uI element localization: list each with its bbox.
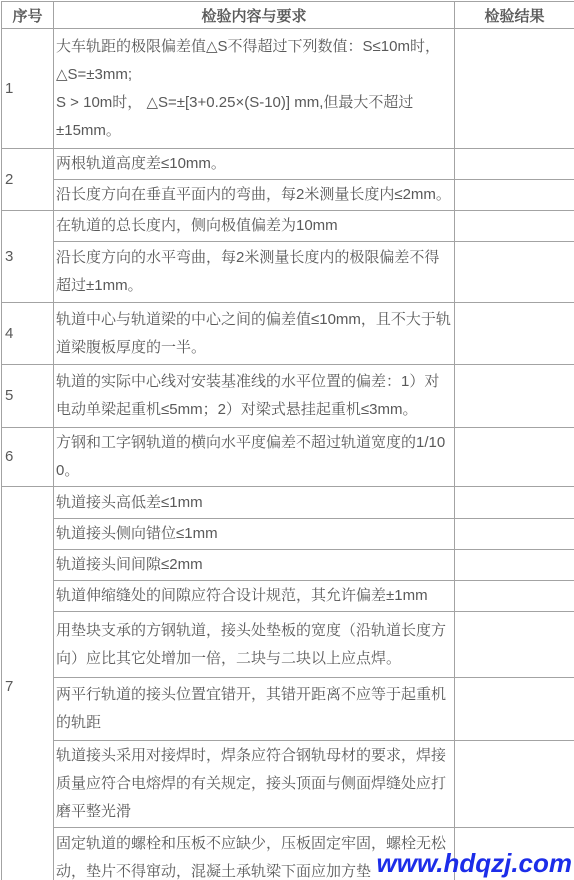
row-serial-number: 1	[2, 29, 54, 149]
requirement-text: 沿长度方向的水平弯曲，每2米测量长度内的极限偏差不得超过±1mm。	[54, 242, 455, 303]
table-row: 4轨道中心与轨道梁的中心之间的偏差值≤10mm，且不大于轨道梁腹板厚度的一半。	[2, 303, 574, 365]
result-cell	[455, 581, 574, 612]
table-row: 1大车轨距的极限偏差值△S不得超过下列数值：S≤10m时， △S=±3mm; S…	[2, 29, 574, 149]
row-serial-number: 5	[2, 365, 54, 428]
result-cell	[455, 612, 574, 678]
table-row: 3在轨道的总长度内，侧向极值偏差为10mm	[2, 211, 574, 242]
result-cell	[455, 678, 574, 741]
row-serial-number: 7	[2, 487, 54, 880]
table-row: 7轨道接头高低差≤1mm	[2, 487, 574, 519]
row-serial-number: 3	[2, 211, 54, 303]
result-cell	[455, 519, 574, 550]
table-row: 6方钢和工字钢轨道的横向水平度偏差不超过轨道宽度的1/100。	[2, 428, 574, 487]
table-row: 沿长度方向的水平弯曲，每2米测量长度内的极限偏差不得超过±1mm。	[2, 242, 574, 303]
table-row: 轨道接头间间隙≤2mm	[2, 550, 574, 581]
result-cell	[455, 428, 574, 487]
result-cell	[455, 149, 574, 180]
table-header: 序号 检验内容与要求 检验结果	[2, 2, 574, 29]
result-cell	[455, 550, 574, 581]
requirement-text: 沿长度方向在垂直平面内的弯曲，每2米测量长度内≤2mm。	[54, 180, 455, 211]
requirement-text: 用垫块支承的方钢轨道，接头处垫板的宽度（沿轨道长度方向）应比其它处增加一倍，二块…	[54, 612, 455, 678]
table-row: 轨道接头采用对接焊时，焊条应符合钢轨母材的要求，焊接质量应符合电熔焊的有关规定，…	[2, 741, 574, 828]
requirement-text: 轨道中心与轨道梁的中心之间的偏差值≤10mm，且不大于轨道梁腹板厚度的一半。	[54, 303, 455, 365]
result-cell	[455, 365, 574, 428]
watermark-link[interactable]: www.hdqzj.com	[377, 848, 572, 879]
result-cell	[455, 741, 574, 828]
inspection-table: 序号 检验内容与要求 检验结果 1大车轨距的极限偏差值△S不得超过下列数值：S≤…	[1, 1, 574, 880]
requirement-text: 大车轨距的极限偏差值△S不得超过下列数值：S≤10m时， △S=±3mm; S …	[54, 29, 455, 149]
result-cell	[455, 487, 574, 519]
requirement-text: 轨道的实际中心线对安装基准线的水平位置的偏差：1）对电动单梁起重机≤5mm；2）…	[54, 365, 455, 428]
requirement-text: 两平行轨道的接头位置宜错开，其错开距离不应等于起重机的轨距	[54, 678, 455, 741]
result-cell	[455, 29, 574, 149]
requirement-text: 两根轨道高度差≤10mm。	[54, 149, 455, 180]
result-cell	[455, 242, 574, 303]
header-row: 序号 检验内容与要求 检验结果	[2, 2, 574, 29]
row-serial-number: 2	[2, 149, 54, 211]
table-row: 2两根轨道高度差≤10mm。	[2, 149, 574, 180]
table-row: 沿长度方向在垂直平面内的弯曲，每2米测量长度内≤2mm。	[2, 180, 574, 211]
requirement-text: 轨道接头采用对接焊时，焊条应符合钢轨母材的要求，焊接质量应符合电熔焊的有关规定，…	[54, 741, 455, 828]
requirement-text: 轨道接头高低差≤1mm	[54, 487, 455, 519]
table-row: 轨道伸缩缝处的间隙应符合设计规范，其允许偏差±1mm	[2, 581, 574, 612]
requirement-text: 轨道接头间间隙≤2mm	[54, 550, 455, 581]
result-cell	[455, 211, 574, 242]
header-inspection-result: 检验结果	[455, 2, 574, 29]
requirement-text: 轨道接头侧向错位≤1mm	[54, 519, 455, 550]
requirement-text: 轨道伸缩缝处的间隙应符合设计规范，其允许偏差±1mm	[54, 581, 455, 612]
table-row: 5轨道的实际中心线对安装基准线的水平位置的偏差：1）对电动单梁起重机≤5mm；2…	[2, 365, 574, 428]
result-cell	[455, 303, 574, 365]
requirement-text: 方钢和工字钢轨道的横向水平度偏差不超过轨道宽度的1/100。	[54, 428, 455, 487]
table-row: 轨道接头侧向错位≤1mm	[2, 519, 574, 550]
result-cell	[455, 180, 574, 211]
table-row: 两平行轨道的接头位置宜错开，其错开距离不应等于起重机的轨距	[2, 678, 574, 741]
requirement-text: 在轨道的总长度内，侧向极值偏差为10mm	[54, 211, 455, 242]
header-inspection-content: 检验内容与要求	[54, 2, 455, 29]
inspection-table-body: 1大车轨距的极限偏差值△S不得超过下列数值：S≤10m时， △S=±3mm; S…	[2, 29, 574, 880]
inspection-document: 序号 检验内容与要求 检验结果 1大车轨距的极限偏差值△S不得超过下列数值：S≤…	[0, 0, 574, 880]
header-serial-number: 序号	[2, 2, 54, 29]
row-serial-number: 6	[2, 428, 54, 487]
row-serial-number: 4	[2, 303, 54, 365]
table-row: 用垫块支承的方钢轨道，接头处垫板的宽度（沿轨道长度方向）应比其它处增加一倍，二块…	[2, 612, 574, 678]
